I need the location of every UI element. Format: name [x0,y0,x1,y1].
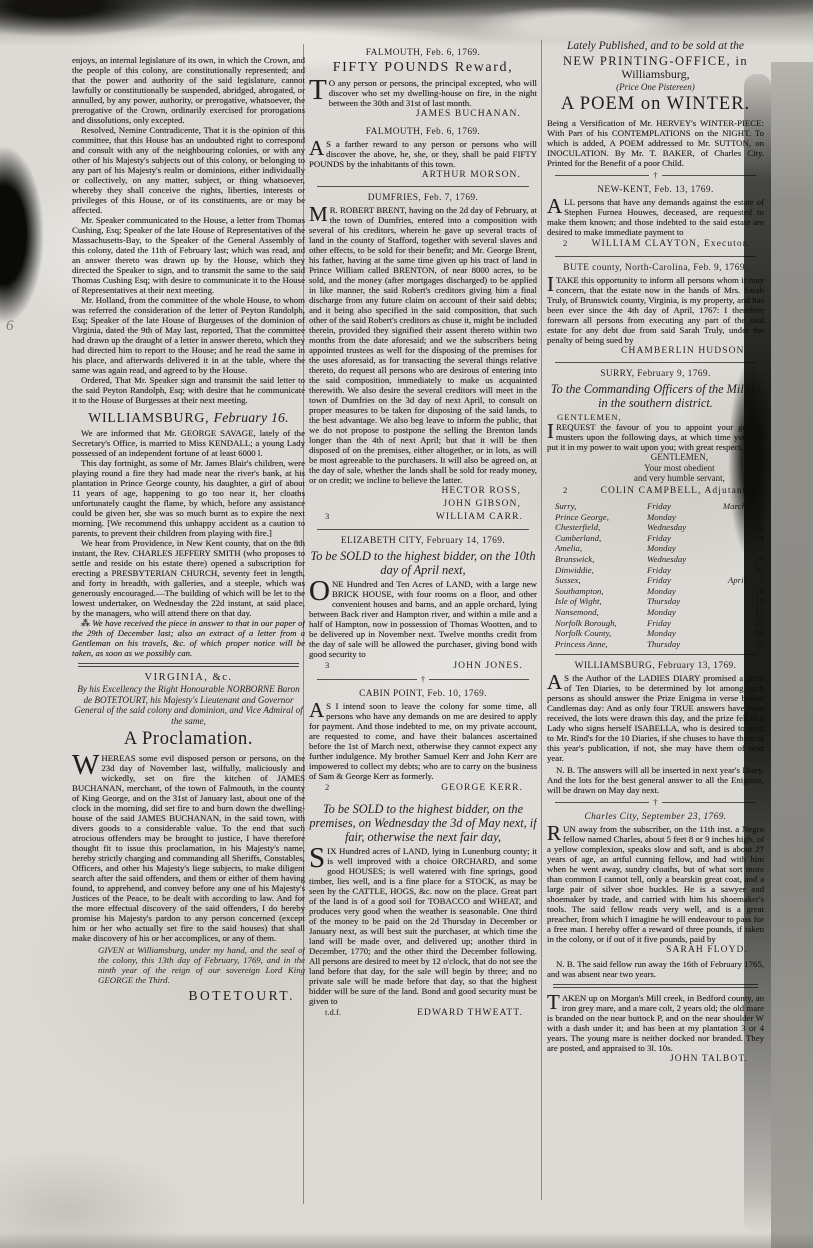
month-cell [716,618,746,629]
dateline-city: WILLIAMSBURG, [88,410,209,425]
article-paragraph: RUN away from the subscriber, on the 11t… [547,824,764,944]
article-paragraph: Being a Versification of Mr. HERVEY's WI… [547,118,764,168]
table-row: Nansemond,Monday17 [555,607,764,618]
table-row: Dinwiddie,Friday31 [555,565,764,576]
article-divider: † [555,798,756,806]
dateline-heading: BUTE county, North-Carolina, Feb. 9, 176… [547,263,764,274]
day-cell: Friday [647,618,716,629]
signature-line: 2 GEORGE KERR. [309,782,537,795]
article-paragraph: I TAKE this opportunity to inform all pe… [547,275,764,345]
pencil-margin-mark: 6 [6,318,14,335]
dateline-heading: FALMOUTH, Feb. 6, 1769. [309,48,537,59]
table-row: Isle of Wight,Thursday13 [555,596,764,607]
county-cell: Amelia, [555,543,647,554]
signature-botetourt: BOTETOURT. [72,990,305,1002]
dateline-date: February 16. [214,410,289,425]
dateline-heading: Charles City, September 23, 1769. [547,812,764,823]
dateline-heading: WILLIAMSBURG, February 16. [72,410,305,426]
day-cell: Friday [647,575,716,586]
editor-note: ⁂ We have received the piece in answer t… [72,618,305,658]
bottom-edge-shadow [0,1232,813,1248]
reward-headline: FIFTY POUNDS Reward, [309,60,537,76]
article-paragraph: SIX Hundred acres of LAND, lying in Lune… [309,846,537,1006]
signature-line: JAMES BUCHANAN. [309,109,537,121]
article-paragraph: AS the Author of the LADIES DIARY promis… [547,673,764,763]
day-cell: Monday [647,543,716,554]
article-divider [555,654,756,655]
table-row: Sussex,FridayApril7 [555,575,764,586]
signature-line: JOHN GIBSON, [309,499,537,511]
ad-heading-line: Williamsburg, [547,68,764,81]
printer-mark: t.d.f. [309,1007,341,1019]
month-cell [716,607,746,618]
dagger-ornament: † [653,798,657,806]
month-cell [716,639,746,650]
article-divider: † [317,675,529,683]
adjacent-page-edge [771,62,813,1248]
table-row: Southampton,Monday10 [555,586,764,597]
divider-line [662,802,756,803]
day-cell: Thursday [647,639,716,650]
county-cell: Southampton, [555,586,647,597]
article-paragraph: We hear from Providence, in New Kent cou… [72,538,305,618]
article-paragraph: TO any person or persons, the principal … [309,78,537,108]
signature-name: JOHN JONES. [453,661,537,673]
day-cell: Friday [647,565,716,576]
column-right: Lately Published, and to be sold at the … [547,40,764,1235]
printer-mark: 3 [309,660,329,672]
column-rule-2 [541,40,542,1200]
divider-line [662,175,756,176]
signature-line: HECTOR ROSS, [309,486,537,498]
ad-heading-line: Lately Published, and to be sold at the [547,40,764,53]
county-cell: Chesterfield, [555,522,647,533]
county-cell: Norfolk County, [555,628,647,639]
signature-line: 3 JOHN JONES. [309,660,537,673]
article-divider [317,529,529,530]
county-cell: Prince George, [555,512,647,523]
dateline-heading: DUMFRIES, Feb. 7, 1769. [309,193,537,204]
month-cell [716,628,746,639]
sale-subheading: To be SOLD to the highest bidder, on the… [309,549,537,577]
printer-mark: 3 [309,511,329,523]
article-paragraph: We are informed that Mr. GEORGE SAVAGE, … [72,428,305,458]
day-cell: Monday [647,628,716,639]
printer-mark: 2 [547,238,567,250]
signature-line: 3 WILLIAM CARR. [309,511,537,524]
signature-line: t.d.f. EDWARD THWEATT. [309,1007,537,1020]
county-cell: Surry, [555,501,647,512]
article-paragraph: AS a farther reward to any person or per… [309,139,537,169]
county-cell: Dinwiddie, [555,565,647,576]
day-cell: Thursday [647,596,716,607]
dagger-ornament: † [653,171,657,179]
article-paragraph: Mr. Holland, from the committee of the w… [72,295,305,375]
column-left: enjoys, an internal legislature of its o… [72,55,305,1225]
county-cell: Cumberland, [555,533,647,544]
county-cell: Nansemond, [555,607,647,618]
proclamation-given-line: GIVEN at Williamsburg, under my hand, an… [98,945,305,985]
table-row: Amelia,Monday27 [555,543,764,554]
article-divider [553,984,758,988]
article-divider [555,256,756,257]
ad-heading-line: NEW PRINTING-OFFICE, in [547,54,764,68]
article-divider [555,362,756,363]
signature-name: WILLIAM CARR. [436,512,537,524]
printer-mark: 2 [547,485,567,497]
nota-bene: N. B. The answers will all be inserted i… [547,765,764,795]
county-cell: Sussex, [555,575,647,586]
sale-subheading: To be SOLD to the highest bidder, on the… [309,802,537,844]
county-cell: Norfolk Borough, [555,618,647,629]
signature-line: SARAH FLOYD. [547,945,764,957]
divider-line [429,679,529,680]
article-divider [317,186,529,187]
day-cell: Wednesday [647,554,716,565]
divider-line [317,679,417,680]
signature-line: 2 WILLIAM CLAYTON, Executor. [547,238,764,251]
article-paragraph: Resolved, Nemine Contradicente, That it … [72,125,305,215]
article-paragraph: MR. ROBERT BRENT, having on the 2d day o… [309,205,537,485]
dateline-heading: NEW-KENT, Feb. 13, 1769. [547,185,764,196]
signature-line: JOHN TALBOT. [547,1054,764,1066]
table-row: Norfolk County,Monday24 [555,628,764,639]
nota-bene: N. B. The said fellow run away the 16th … [547,959,764,979]
county-cell: Brunswick, [555,554,647,565]
dateline-heading: ELIZABETH CITY, February 14, 1769. [309,536,537,547]
month-cell [716,565,746,576]
signature-line: ARTHUR MORSON. [309,170,537,182]
article-paragraph: Ordered, That Mr. Speaker sign and trans… [72,375,305,405]
dateline-heading: WILLIAMSBURG, February 13, 1769. [547,661,764,672]
article-divider [78,663,299,667]
dateline-heading: SURRY, February 9, 1769. [547,369,764,380]
day-cell: Monday [647,607,716,618]
article-paragraph: TAKEN up on Morgan's Mill creek, in Bedf… [547,993,764,1053]
table-row: Brunswick,Wednesday29 [555,554,764,565]
day-cell: Monday [647,512,716,523]
poem-title: A POEM on WINTER. [547,94,764,115]
month-cell [716,554,746,565]
newspaper-scan-page: enjoys, an internal legislature of its o… [0,0,813,1248]
month-cell [716,586,746,597]
binding-shadow [744,74,771,1234]
county-cell: Isle of Wight, [555,596,647,607]
dateline-heading: CABIN POINT, Feb. 10, 1769. [309,689,537,700]
table-row: Cumberland,Friday24 [555,533,764,544]
ad-price-line: (Price One Pistereen) [547,82,764,92]
proclamation-title: A Proclamation. [72,729,305,750]
article-paragraph: AS I intend soon to leave the colony for… [309,701,537,781]
printer-mark: 2 [309,782,329,794]
column-middle: FALMOUTH, Feb. 6, 1769. FIFTY POUNDS Rew… [309,42,537,1232]
article-paragraph: Mr. Speaker communicated to the House, a… [72,215,305,295]
article-paragraph: enjoys, an internal legislature of its o… [72,55,305,125]
day-cell: Friday [647,501,716,512]
month-cell: April [716,575,746,586]
table-row: Princess Anne,Thursday27 [555,639,764,650]
day-cell: Friday [647,533,716,544]
proclamation-colony-line: VIRGINIA, &c. [72,672,305,683]
article-paragraph: This day fortnight, as some of Mr. James… [72,458,305,538]
divider-line [555,175,649,176]
signature-line: CHAMBERLIN HUDSON. [547,346,764,358]
proclamation-byline: By his Excellency the Right Honourable N… [72,684,305,726]
article-paragraph: ONE Hundred and Ten Acres of LAND, with … [309,579,537,659]
day-cell: Wednesday [647,522,716,533]
article-divider: † [555,171,756,179]
dagger-ornament: † [421,675,425,683]
ink-blot-left-edge [0,146,44,324]
county-cell: Princess Anne, [555,639,647,650]
signature-name: WILLIAM CLAYTON, Executor. [592,239,764,251]
dateline-heading: FALMOUTH, Feb. 6, 1769. [309,127,537,138]
day-cell: Monday [647,586,716,597]
month-cell [716,596,746,607]
signature-name: GEORGE KERR. [441,783,537,795]
divider-line [555,802,649,803]
table-row: Norfolk Borough,Friday21 [555,618,764,629]
signature-name: EDWARD THWEATT. [417,1008,537,1020]
proclamation-body: WHEREAS some evil disposed person or per… [72,753,305,943]
article-paragraph: ALL persons that have any demands agains… [547,197,764,237]
